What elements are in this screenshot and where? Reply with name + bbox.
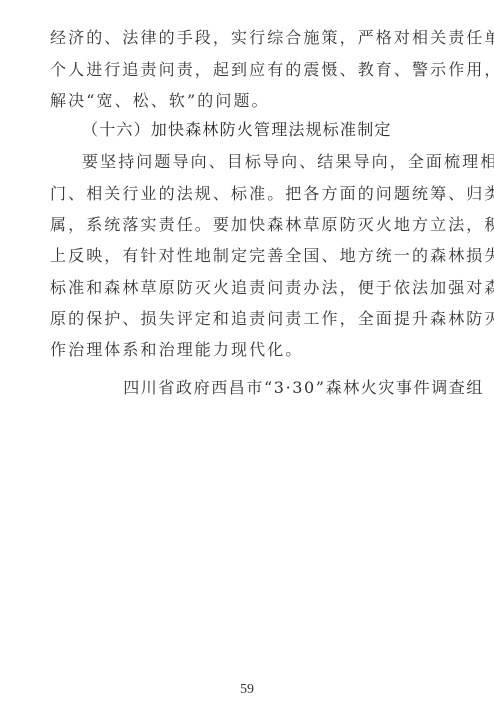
- document-page: 经济的、法律的手段，实行综合施策，严格对相关责任单位和 个人进行追责问责，起到应…: [0, 0, 494, 706]
- page-number: 59: [0, 682, 494, 698]
- paragraph-1-line-1: 经济的、法律的手段，实行综合施策，严格对相关责任单位和: [50, 28, 486, 48]
- paragraph-1-line-3: 解决“宽、松、软”的问题。: [50, 91, 486, 111]
- section-heading: （十六）加快森林防火管理法规标准制定: [82, 120, 392, 140]
- paragraph-2-line-1: 要坚持问题导向、目标导向、结果导向，全面梳理相关部: [82, 152, 486, 172]
- paragraph-2-line-6: 原的保护、损失评定和追责问责工作，全面提升森林防灭火工: [50, 309, 486, 329]
- paragraph-2-line-2: 门、相关行业的法规、标准。把各方面的问题统筹、归类、归: [50, 184, 486, 204]
- paragraph-1-line-2: 个人进行追责问责，起到应有的震慑、教育、警示作用，切实: [50, 60, 486, 80]
- paragraph-2-line-3: 属，系统落实责任。要加快森林草原防灭火地方立法，积极向: [50, 215, 486, 235]
- paragraph-2-line-7: 作治理体系和治理能力现代化。: [50, 340, 486, 360]
- paragraph-2-line-4: 上反映，有针对性地制定完善全国、地方统一的森林损失评估: [50, 246, 486, 266]
- signature: 四川省政府西昌市“3·30”森林火灾事件调查组: [123, 378, 484, 398]
- paragraph-2-line-5: 标准和森林草原防灭火追责问责办法，便于依法加强对森林草: [50, 278, 486, 298]
